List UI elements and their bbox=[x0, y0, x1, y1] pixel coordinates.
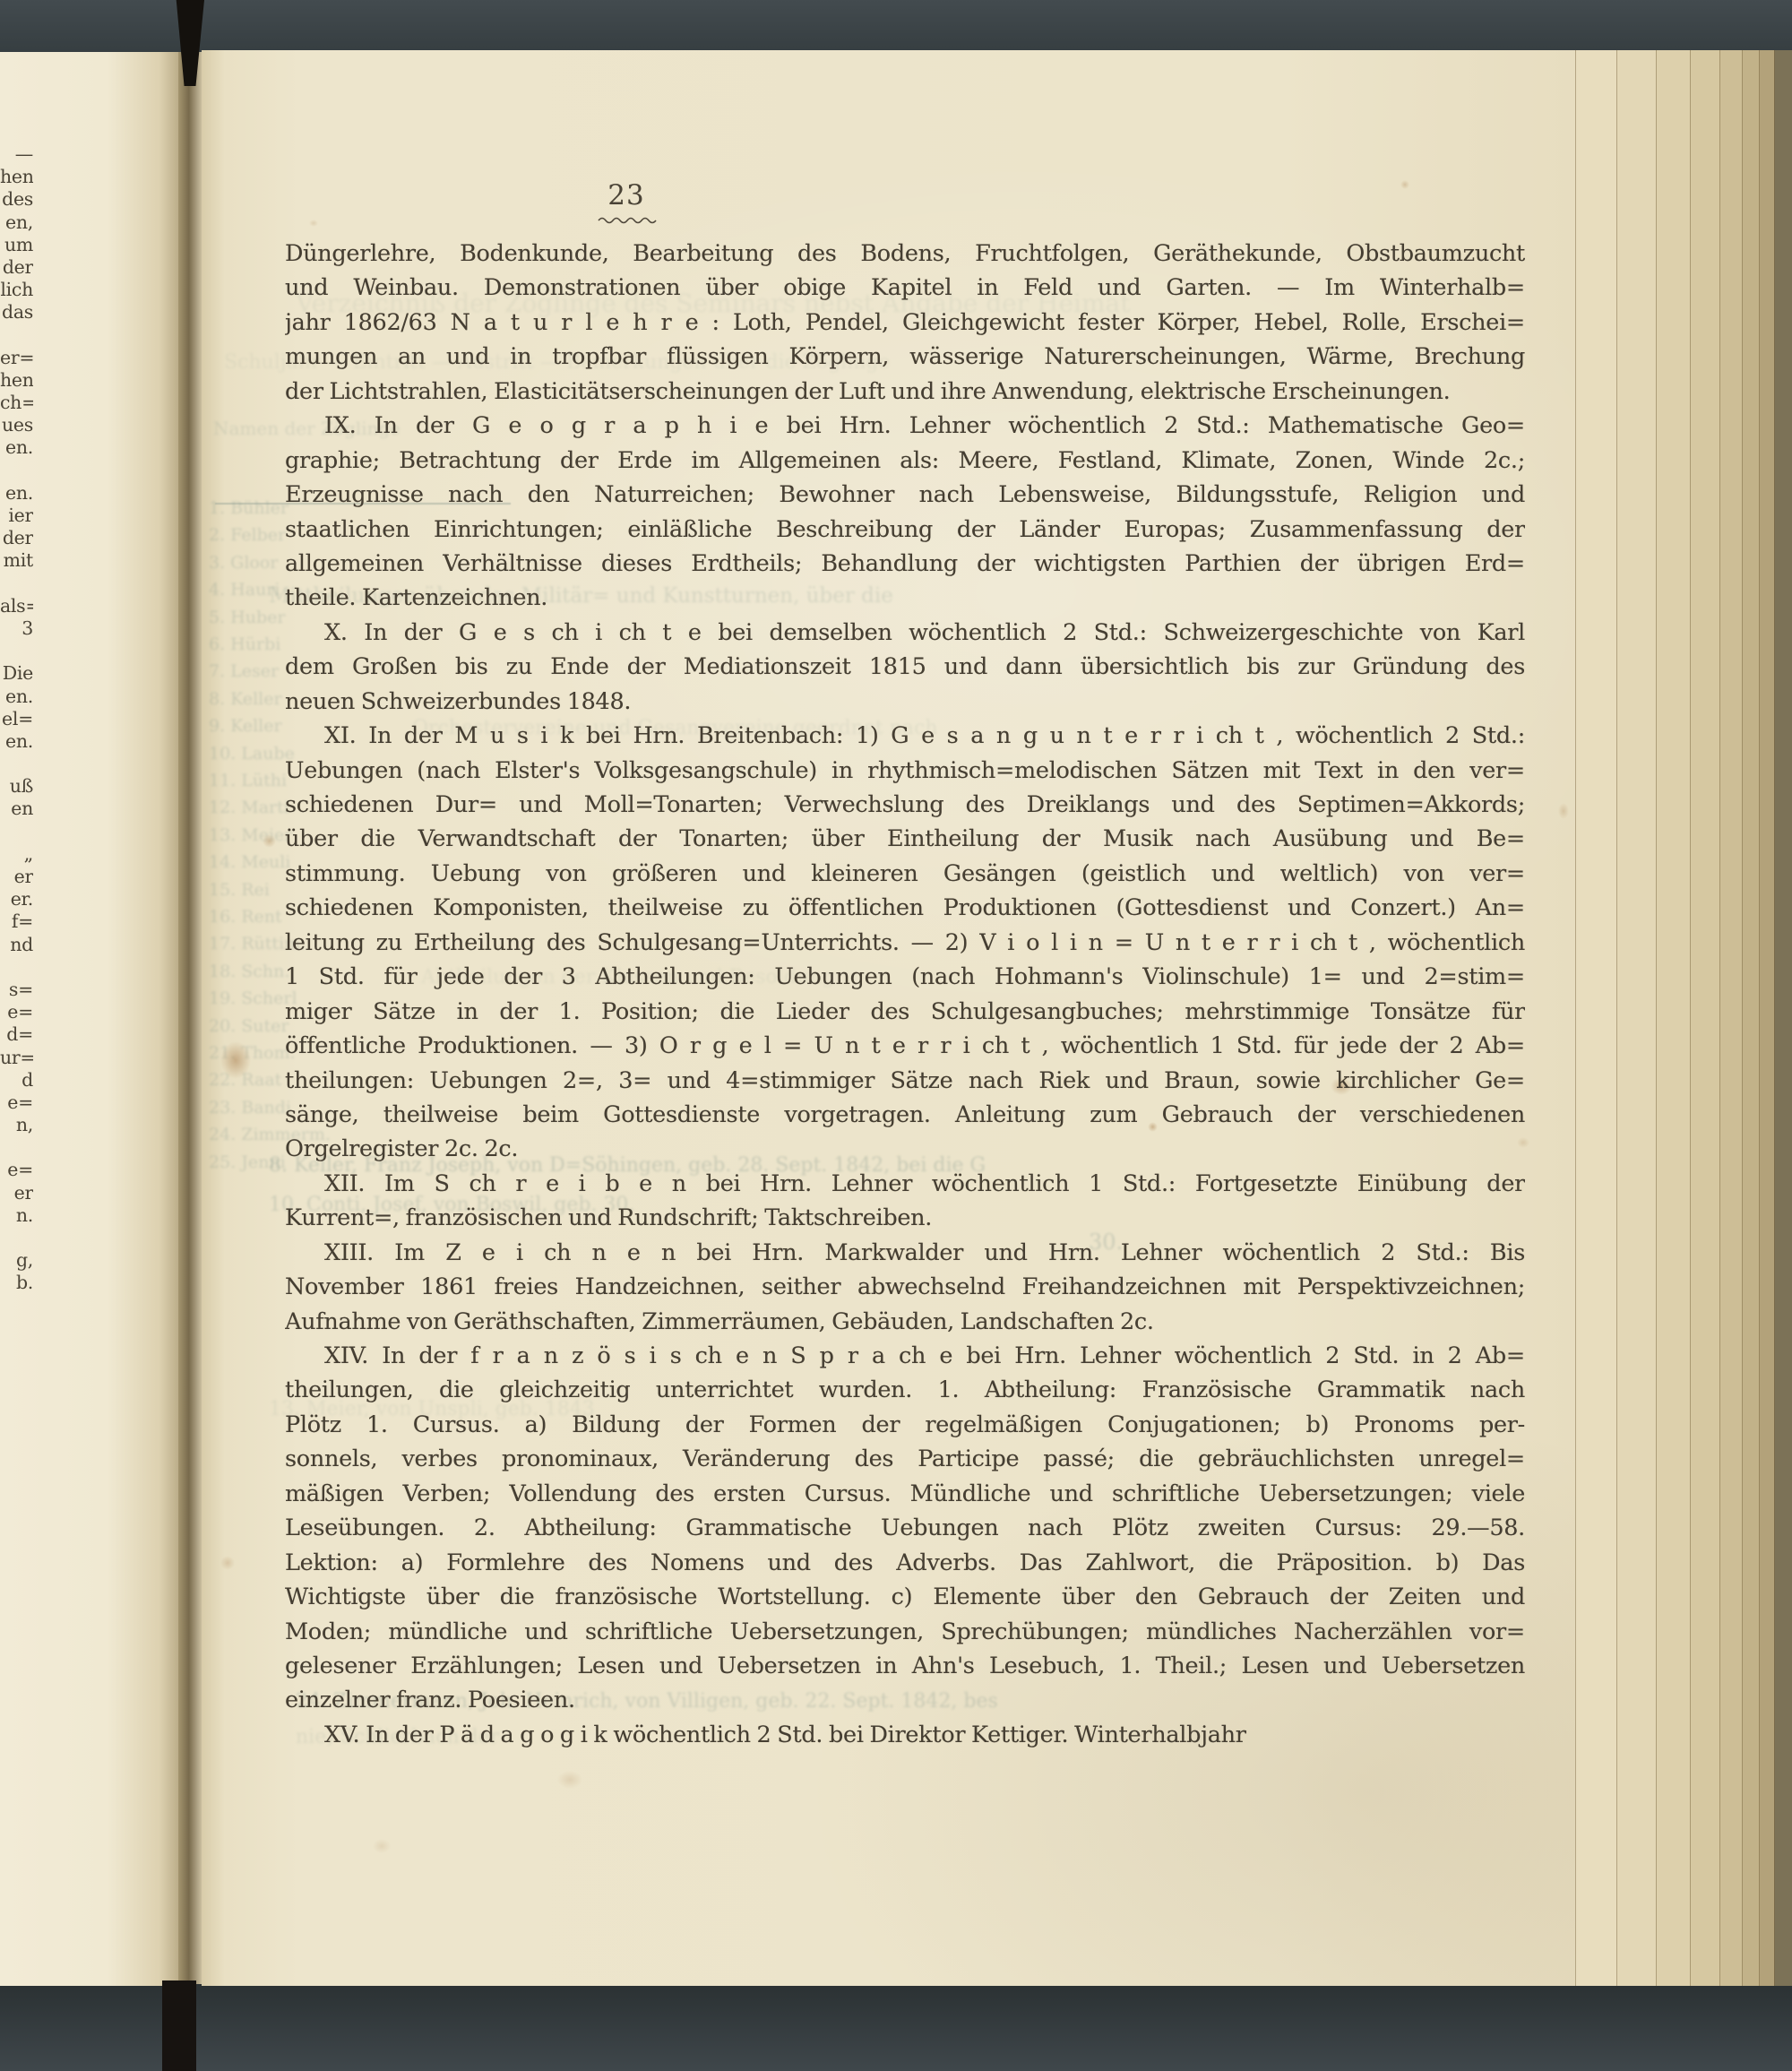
facing-page-line-fragment: ur= bbox=[0, 1047, 33, 1069]
facing-page-line-fragment: ch= bbox=[0, 392, 33, 414]
facing-page-line-fragment: der bbox=[0, 256, 33, 279]
text-line: jahr 1862/63 N a t u r l e h r e : Loth,… bbox=[285, 306, 1525, 340]
text-line: mungen an und in tropfbar flüssigen Körp… bbox=[285, 340, 1525, 374]
facing-page-line-fragment bbox=[0, 1295, 33, 1317]
bleed-through-list-entry: 4. Hauri bbox=[209, 580, 280, 600]
facing-page-line-fragment: en. bbox=[0, 686, 33, 708]
facing-page-line-fragment: en, bbox=[0, 211, 33, 234]
text-line: Leseübungen. 2. Abtheilung: Grammatische… bbox=[285, 1511, 1525, 1545]
facing-page-line-fragment: hen bbox=[0, 369, 33, 392]
facing-page-line-fragment: mit bbox=[0, 549, 33, 572]
text-line: Düngerlehre, Bodenkunde, Bearbeitung des… bbox=[285, 237, 1525, 271]
text-line: Lektion: a) Formlehre des Nomens und des… bbox=[285, 1546, 1525, 1580]
facing-page-line-fragment: b. bbox=[0, 1272, 33, 1294]
photo-background-top bbox=[0, 0, 1792, 52]
text-line: leitung zu Ertheilung des Schulgesang=Un… bbox=[285, 926, 1525, 960]
facing-page-line-fragment: e= bbox=[0, 1001, 33, 1023]
text-line: neuen Schweizerbundes 1848. bbox=[285, 685, 1525, 719]
facing-page-line-fragment bbox=[0, 1136, 33, 1159]
bleed-through-list-entry: 12. Marti bbox=[209, 798, 289, 817]
facing-page-line-fragment: 3 bbox=[0, 617, 33, 640]
fore-edge-page-8 bbox=[1774, 50, 1792, 1986]
text-line: stimmung. Uebung von größeren und kleine… bbox=[285, 857, 1525, 891]
facing-page-line-fragment: en bbox=[0, 798, 33, 820]
facing-page-line-fragment: d bbox=[0, 1069, 33, 1092]
bleed-through-list-entry: 19. Scherl bbox=[209, 988, 297, 1008]
facing-page-line-fragment: als= bbox=[0, 595, 33, 617]
text-line: gelesener Erzählungen; Lesen und Ueberse… bbox=[285, 1649, 1525, 1683]
fore-edge-page-7 bbox=[1759, 50, 1775, 1986]
facing-page-line-fragment: d= bbox=[0, 1023, 33, 1046]
text-line: Orgelregister 2c. 2c. bbox=[285, 1132, 1525, 1166]
text-line: schiedenen Dur= und Moll=Tonarten; Verwe… bbox=[285, 788, 1525, 822]
facing-page-line-fragment: ues bbox=[0, 414, 33, 436]
text-line: XII. Im S ch r e i b e n bei Hrn. Lehner… bbox=[285, 1167, 1525, 1201]
bleed-through-list-entry: 13. Meier bbox=[209, 825, 292, 845]
foxing-stain bbox=[220, 1556, 235, 1570]
text-line: Plötz 1. Cursus. a) Bildung der Formen d… bbox=[285, 1408, 1525, 1442]
page-number: 23 bbox=[590, 179, 662, 211]
facing-page-line-fragment: er= bbox=[0, 347, 33, 369]
facing-page-line-fragment bbox=[0, 324, 33, 347]
text-line: XIII. Im Z e i ch n e n bei Hrn. Markwal… bbox=[285, 1236, 1525, 1270]
bleed-through-list-entry: 23. Bandi bbox=[209, 1098, 291, 1117]
facing-page-line-fragment: f= bbox=[0, 910, 33, 933]
fore-edge-page-6 bbox=[1742, 50, 1760, 1986]
photo-background-bottom bbox=[0, 1984, 1792, 2071]
facing-page-line-fragment: n, bbox=[0, 1114, 33, 1136]
bleed-through-list-entry: 25. Jenni bbox=[209, 1152, 286, 1172]
body-text: Düngerlehre, Bodenkunde, Bearbeitung des… bbox=[285, 237, 1525, 1752]
facing-page-line-fragment bbox=[0, 460, 33, 482]
text-line: theilungen, die gleichzeitig unterrichte… bbox=[285, 1373, 1525, 1407]
text-line: X. In der G e s ch i ch t e bei demselbe… bbox=[285, 616, 1525, 650]
facing-page-line-fragment: nd bbox=[0, 934, 33, 956]
text-line: IX. In der G e o g r a p h i e bei Hrn. … bbox=[285, 409, 1525, 443]
bleed-through-list-entry: 11. Lüthi bbox=[209, 771, 287, 790]
text-line: Uebungen (nach Elster's Volksgesangschul… bbox=[285, 754, 1525, 788]
facing-page-line-fragment: uß bbox=[0, 775, 33, 798]
foxing-stain bbox=[309, 220, 318, 227]
text-line: über die Verwandtschaft der Tonarten; üb… bbox=[285, 822, 1525, 856]
fore-edge-page-2 bbox=[1616, 50, 1657, 1986]
facing-page-line-fragment bbox=[0, 956, 33, 979]
page-number-flourish bbox=[597, 216, 658, 225]
facing-page-line-fragment bbox=[0, 1227, 33, 1249]
text-line: sonnels, verbes pronominaux, Veränderung… bbox=[285, 1442, 1525, 1476]
text-line: Moden; mündliche und schriftliche Uebers… bbox=[285, 1615, 1525, 1649]
foxing-stain bbox=[373, 1839, 391, 1853]
bleed-through-list-entry: 7. Leser bbox=[209, 661, 279, 681]
foxing-stain bbox=[263, 834, 276, 848]
foxing-stain bbox=[220, 1041, 251, 1079]
bleed-through-list-entry: 15. Rei bbox=[209, 880, 270, 900]
facing-page-line-fragment: ier bbox=[0, 505, 33, 527]
text-line: einzelner franz. Poesieen. bbox=[285, 1683, 1525, 1717]
facing-page-line-fragment: hen bbox=[0, 166, 33, 188]
facing-page-line-fragment: das bbox=[0, 301, 33, 324]
facing-page-line-fragment: e= bbox=[0, 1159, 33, 1181]
text-line: dem Großen bis zu Ende der Mediationszei… bbox=[285, 650, 1525, 684]
facing-page-line-fragment: um bbox=[0, 234, 33, 256]
text-line: miger Sätze in der 1. Position; die Lied… bbox=[285, 995, 1525, 1029]
text-line: theile. Kartenzeichnen. bbox=[285, 581, 1525, 615]
facing-page-line-fragment bbox=[0, 573, 33, 595]
bleed-through-list-entry: 9. Keller bbox=[209, 716, 282, 736]
text-line: und Weinbau. Demonstrationen über obige … bbox=[285, 271, 1525, 305]
text-line: XI. In der M u s i k bei Hrn. Breitenbac… bbox=[285, 719, 1525, 753]
fore-edge-page-1 bbox=[1575, 50, 1617, 1986]
facing-page-line-fragment bbox=[0, 821, 33, 843]
binding-strip bbox=[162, 1980, 196, 2071]
facing-page-line-fragment: el= bbox=[0, 708, 33, 730]
facing-page-line-fragment: des bbox=[0, 188, 33, 211]
facing-page-line-fragment: er bbox=[0, 1182, 33, 1204]
facing-page-line-fragment: en. bbox=[0, 730, 33, 753]
foxing-stain bbox=[1558, 803, 1569, 819]
facing-page-line-fragment bbox=[0, 640, 33, 662]
bleed-through-list-entry: 3. Gloor bbox=[209, 553, 278, 573]
text-line: sänge, theilweise beim Gottesdienste vor… bbox=[285, 1098, 1525, 1132]
facing-page-line-fragment: — bbox=[0, 143, 33, 166]
facing-page-line-fragment: en. bbox=[0, 482, 33, 505]
text-line: theilungen: Uebungen 2=, 3= und 4=stimmi… bbox=[285, 1064, 1525, 1098]
text-line: XIV. In der f r a n z ö s i s ch e n S p… bbox=[285, 1339, 1525, 1373]
facing-page-line-fragment: en. bbox=[0, 436, 33, 459]
bleed-through-list-entry: 16. Rent bbox=[209, 907, 282, 927]
fore-edge-page-4 bbox=[1690, 50, 1720, 1986]
text-line: schiedenen Komponisten, theilweise zu öf… bbox=[285, 891, 1525, 925]
text-line: November 1861 freies Handzeichnen, seith… bbox=[285, 1270, 1525, 1304]
facing-page-line-fragment: Die bbox=[0, 662, 33, 685]
bleed-through-list-entry: 8. Keller bbox=[209, 689, 282, 709]
foxing-stain bbox=[1400, 180, 1409, 189]
facing-page-line-fragment: lich bbox=[0, 279, 33, 301]
text-line: XV. In der P ä d a g o g i k wöchentlich… bbox=[285, 1718, 1525, 1752]
text-line: Wichtigste über die französische Wortste… bbox=[285, 1580, 1525, 1614]
facing-page-line-fragment: „ bbox=[0, 843, 33, 866]
bleed-through-list-entry: 6. Hürbi bbox=[209, 634, 280, 654]
text-line: allgemeinen Verhältnisse dieses Erdtheil… bbox=[285, 547, 1525, 581]
fore-edge-page-3 bbox=[1656, 50, 1691, 1986]
facing-page-line-fragment: er bbox=[0, 866, 33, 888]
text-line: Aufnahme von Geräthschaften, Zimmerräume… bbox=[285, 1305, 1525, 1339]
text-line: öffentliche Produktionen. — 3) O r g e l… bbox=[285, 1029, 1525, 1063]
bleed-through-list-entry: 18. Schn. bbox=[209, 962, 289, 981]
facing-page-line-fragment bbox=[0, 753, 33, 775]
bleed-through-list-entry: 1. Bühler bbox=[209, 498, 289, 518]
book-photograph: Verzeichniß der Zöglinge des Seminars ne… bbox=[0, 0, 1792, 2071]
facing-page-line-fragment: er. bbox=[0, 888, 33, 910]
text-line: 1 Std. für jede der 3 Abtheilungen: Uebu… bbox=[285, 960, 1525, 994]
facing-page-line-fragment: g, bbox=[0, 1249, 33, 1272]
facing-page-line-fragment: der bbox=[0, 527, 33, 549]
gutter-shadow bbox=[178, 52, 202, 1984]
foxing-stain bbox=[557, 1771, 582, 1789]
facing-page-line-fragment: s= bbox=[0, 979, 33, 1001]
facing-page-fragments: —hendesen,umderlichdaser=hench=uesen.en.… bbox=[0, 143, 33, 1317]
bleed-through-list-entry: 5. Huber bbox=[209, 608, 285, 627]
text-line: graphie; Betrachtung der Erde im Allgeme… bbox=[285, 444, 1525, 478]
bleed-through-list-entry: 14. Meuli bbox=[209, 852, 290, 872]
text-line: mäßigen Verben; Vollendung des ersten Cu… bbox=[285, 1477, 1525, 1511]
text-line: der Lichtstrahlen, Elasticitätserscheinu… bbox=[285, 375, 1525, 409]
text-line: staatlichen Einrichtungen; einläßliche B… bbox=[285, 513, 1525, 547]
facing-page-line-fragment: n. bbox=[0, 1204, 33, 1227]
bleed-through-list-entry: 2. Felber bbox=[209, 525, 286, 545]
bleed-through-list-entry: 10. Laube bbox=[209, 744, 295, 764]
fore-edge-page-5 bbox=[1719, 50, 1743, 1986]
facing-page-line-fragment: e= bbox=[0, 1092, 33, 1114]
text-line: Erzeugnisse nach den Naturreichen; Bewoh… bbox=[285, 478, 1525, 512]
bleed-through-list-entry: 20. Suter bbox=[209, 1016, 289, 1036]
text-line: Kurrent=, französischen und Rundschrift;… bbox=[285, 1201, 1525, 1235]
